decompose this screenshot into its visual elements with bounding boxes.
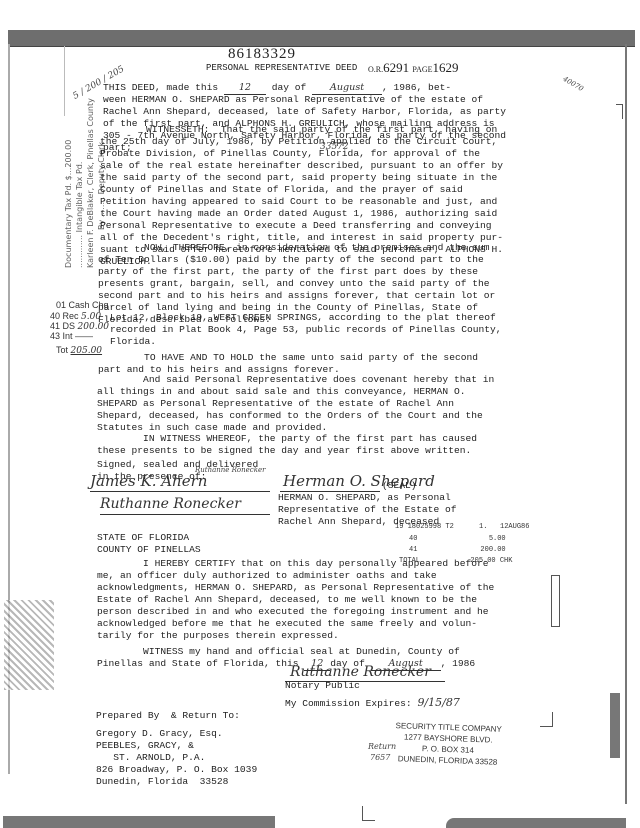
text-line: Estate of Rachel Ann Shepard, deceased, … [97,594,477,606]
commission-expires: My Commission Expires: 9/15/87 [285,697,460,710]
text-line: Rachel Ann Shepard, deceased, late of Sa… [103,106,506,118]
intangible-tax-stamp: ............. Intangible Tax Pd. [75,162,84,268]
text-line: HERMAN O. SHEPARD, as Personal [278,492,451,504]
text-line: these presents to be signed the day and … [97,445,471,457]
scan-top-edge [8,30,635,47]
fee-int: 43 Int —— [50,331,93,341]
book-page-reference: O.R.6291 PAGE1629 [368,60,459,76]
text-line: WITNESS my hand and official seal at Dun… [97,646,460,658]
text-line: recorded in Plat Book 4, Page 53, public… [110,324,502,336]
text-line: Shepard, deceased, has conformed to the … [97,410,483,422]
stamp-line: DUNEDIN, FLORIDA 33528 [394,753,501,768]
crop-mark [616,104,623,119]
text-line: Petition having appeared to said Court t… [100,196,497,208]
text-line: all things in and about said sale and th… [97,386,465,398]
text-line: tarily for the purposes therein expresse… [97,630,339,642]
fee-cash: 01 Cash Chg [56,300,109,310]
handwritten-code: 40070 [561,75,584,93]
text-line: of Ten Dollars ($10.00) paid by the part… [98,254,484,266]
printed-witness-name: Ruthanne Ronecker [195,466,265,474]
text-line: IN WITNESS WHEREOF, the party of the fir… [97,433,477,445]
crop-mark [540,712,553,727]
prepared-by-label: Prepared By & Return To: [96,710,240,722]
book-number: 6291 [383,60,409,75]
witness-2-line [100,514,270,515]
page-prefix: PAGE [412,65,432,74]
documentary-tax-stamp: Documentary Tax Pd. $...200.00 [64,140,73,268]
return-to-stamp: SECURITY TITLE COMPANY 1277 BAYSHORE BLV… [394,720,502,768]
text-line: the Court having made an Order dated Aug… [100,208,497,220]
text-line: me, an officer duly authorized to admini… [97,570,437,582]
commission-date: 9/15/87 [417,696,459,709]
instrument-number: 86183329 [228,46,296,63]
witness-2-signature: Ruthanne Ronecker [100,496,241,512]
text-line: second part and to his heirs and assigns… [98,290,495,302]
scan-right-bar [610,693,620,758]
text-line: TO HAVE AND TO HOLD the same unto said p… [98,352,478,364]
crop-mark [551,575,560,627]
page-number: 1629 [433,60,459,75]
text-line: the 25th day of July, 1986, by Petition … [100,136,497,148]
receipt-line-3: 41 200.00 [409,546,506,554]
notary-label: Notary Public [285,680,360,692]
scan-corner-artifact-bottom [4,600,54,690]
venue-county: COUNTY OF PINELLAS [97,544,201,556]
text-line: party of the first part, the party of th… [98,266,478,278]
text-line: Lot 12, Block 19, WEST GREEN SPRINGS, ac… [110,312,496,324]
text-line: ST. ARNOLD, P.A. [96,752,205,764]
text-line: PEEBLES, GRACY, & [96,740,194,752]
receipt-line-2: 40 5.00 [409,535,506,543]
text-line: And said Personal Representative does co… [97,374,494,386]
book-prefix: O.R. [368,65,383,74]
handwritten-code: 7657 [370,753,390,762]
text-line: Gregory D. Gracy, Esq. [96,728,223,740]
document-title: PERSONAL REPRESENTATIVE DEED [206,63,357,73]
witness-1-line [90,491,270,492]
text-line: I HEREBY CERTIFY that on this day person… [97,558,489,570]
text-line: presents grant, bargain, sell, and conve… [98,278,490,290]
text-line: WITNESSETH: That the said party of the f… [100,124,497,136]
seal-label: (SEAL) [382,480,417,492]
text-line: County of Pinellas and State of Florida,… [100,184,463,196]
text-line: Personal Representative to execute a Dee… [100,220,492,232]
text-line: SHEPARD as Personal Representative of th… [97,398,454,410]
handwritten-return: Return [368,742,396,751]
notary-signature: Ruthanne Ronecker [290,664,431,680]
text-line: the said party of the second part, said … [100,172,497,184]
clerk-stamp: Karleen F. DeBlaker, Clerk, Pinellas Cou… [86,98,95,268]
text-line: Representative of the Estate of [278,504,456,516]
scan-bottom-edge-right [446,818,626,828]
fee-total: Tot 205.00 [56,345,102,356]
text-line: sale of the real estate hereinafter desc… [100,160,503,172]
text-line: Florida. [110,336,156,348]
text-line: acknowledgments, HERMAN O. SHEPARD, as P… [97,582,494,594]
witness-1-signature: James K. Ahern [90,472,207,490]
text-line: acknowledged before me that he executed … [97,618,477,630]
scan-bottom-edge-left [3,816,275,828]
text-line: ween HERMAN O. SHEPARD as Personal Repre… [103,94,483,106]
text-line: 826 Broadway, P. O. Box 1039 [96,764,257,776]
text-line: person described in and who executed the… [97,606,489,618]
crop-mark [362,806,375,821]
text-line: NOW, THEREFORE, in consideration of the … [98,242,490,254]
scan-right-edge [625,44,627,804]
scan-corner-artifact [8,46,65,116]
text-line: Rachel Ann Shepard, deceased [278,516,439,528]
venue-state: STATE OF FLORIDA [97,532,189,544]
text-line: Probate Division, of Pinellas County, Fl… [100,148,480,160]
text-line: Dunedin, Florida 33528 [96,776,228,788]
